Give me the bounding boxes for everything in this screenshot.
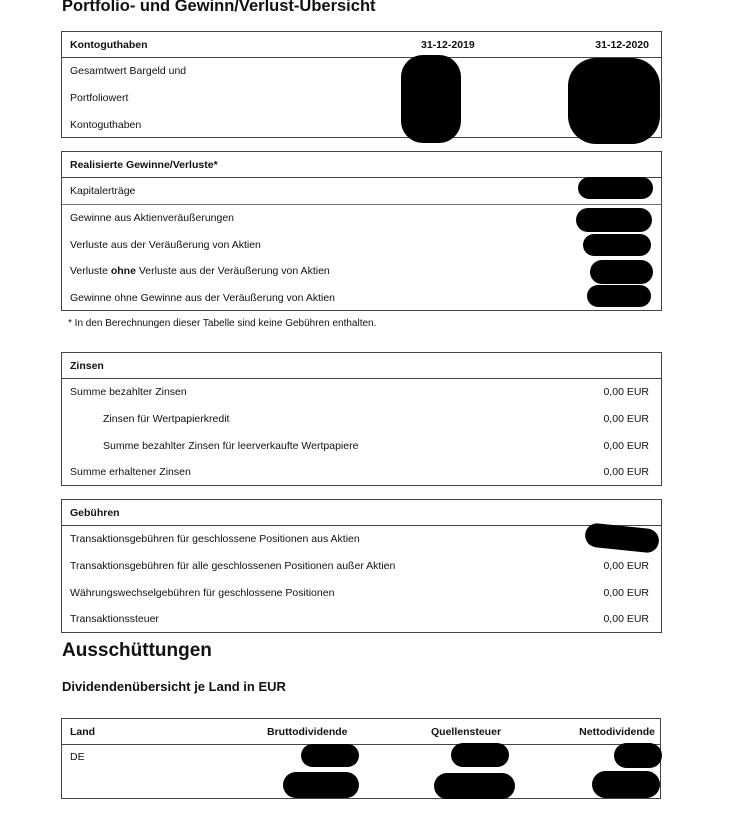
table-row: Kapitalerträge [62, 178, 661, 205]
table-header: Land Bruttodividende Quellensteuer Netto… [62, 719, 660, 745]
row-value: 0,00 EUR [603, 613, 649, 625]
row-label: Gewinne aus Aktienveräußerungen [70, 212, 234, 224]
realisierte-table: Realisierte Gewinne/Verluste* Kapitalert… [61, 151, 662, 311]
header-label: Zinsen [70, 360, 104, 372]
row-label: Verluste aus der Veräußerung von Aktien [70, 239, 261, 251]
table-row: Zinsen für Wertpapierkredit0,00 EUR [62, 406, 661, 433]
row-label: Transaktionsgebühren für geschlossene Po… [70, 533, 360, 545]
redaction-mark [583, 234, 651, 256]
row-value: 0,00 EUR [603, 587, 649, 599]
redaction-mark [451, 743, 509, 767]
column-bruttodividende: Bruttodividende [267, 726, 348, 738]
redaction-mark [434, 773, 515, 799]
section-title: Ausschüttungen [62, 640, 212, 662]
zinsen-table: Zinsen Summe bezahlter Zinsen0,00 EUR Zi… [61, 352, 662, 486]
row-value: 0,00 EUR [603, 440, 649, 452]
row-value: 0,00 EUR [603, 466, 649, 478]
table-row: DE [62, 745, 660, 772]
column-nettodividende: Nettodividende [579, 726, 655, 738]
header-label: Realisierte Gewinne/Verluste* [70, 159, 218, 171]
label-part: Verluste [70, 265, 111, 277]
table-row: Verluste aus der Veräußerung von Aktien [62, 231, 661, 258]
table-header: Zinsen [62, 353, 661, 379]
table-header: Gebühren [62, 500, 661, 526]
column-2019: 31-12-2019 [421, 39, 475, 51]
row-label: Gesamtwert Bargeld und [70, 65, 186, 77]
row-label: Kapitalerträge [70, 185, 135, 197]
label-emphasis: ohne [111, 265, 136, 277]
redaction-mark [614, 743, 662, 768]
table-row: Summe erhaltener Zinsen0,00 EUR [62, 459, 661, 486]
table-row: Summe bezahlter Zinsen für leerverkaufte… [62, 432, 661, 459]
row-label: DE [70, 751, 85, 763]
header-label: Gebühren [70, 507, 120, 519]
redaction-mark [401, 55, 461, 143]
row-label: Transaktionssteuer [70, 613, 159, 625]
table-row: Währungswechselgebühren für geschlossene… [62, 579, 661, 606]
page-title: Portfolio- und Gewinn/Verlust-Übersicht [62, 0, 376, 16]
row-label: Kontoguthaben [70, 119, 141, 131]
column-2020: 31-12-2020 [595, 39, 649, 51]
row-label: Summe bezahlter Zinsen [70, 386, 187, 398]
section-subtitle: Dividendenübersicht je Land in EUR [62, 679, 286, 694]
row-label: Verluste ohne Verluste aus der Veräußeru… [70, 265, 330, 277]
redaction-mark [590, 260, 653, 284]
table-row: Verluste ohne Verluste aus der Veräußeru… [62, 258, 661, 285]
redaction-mark [587, 285, 651, 307]
column-quellensteuer: Quellensteuer [431, 726, 501, 738]
table-header: Realisierte Gewinne/Verluste* [62, 152, 661, 178]
redaction-mark [301, 744, 359, 767]
row-label: Summe erhaltener Zinsen [70, 466, 191, 478]
table-header: Kontoguthaben 31-12-2019 31-12-2020 [62, 32, 661, 58]
label-part: Verluste aus der Veräußerung von Aktien [136, 265, 330, 277]
row-label: Gewinne ohne Gewinne aus der Veräußerung… [70, 292, 335, 304]
row-label: Währungswechselgebühren für geschlossene… [70, 587, 334, 599]
table-row: Summe bezahlter Zinsen0,00 EUR [62, 379, 661, 406]
row-label: Portfoliowert [70, 92, 128, 104]
redaction-mark [576, 208, 652, 232]
row-label: Zinsen für Wertpapierkredit [103, 413, 229, 425]
footnote: * In den Berechnungen dieser Tabelle sin… [68, 318, 376, 329]
column-land: Land [70, 726, 95, 738]
row-label: Summe bezahlter Zinsen für leerverkaufte… [103, 440, 358, 452]
table-row: Transaktionsgebühren für geschlossene Po… [62, 526, 661, 553]
gebuehren-table: Gebühren Transaktionsgebühren für geschl… [61, 499, 662, 633]
redaction-mark [592, 771, 660, 798]
dividend-table: Land Bruttodividende Quellensteuer Netto… [61, 718, 661, 799]
redaction-mark [578, 177, 653, 199]
table-row: Gewinne ohne Gewinne aus der Veräußerung… [62, 285, 661, 312]
header-label: Kontoguthaben [70, 39, 148, 51]
row-value: 0,00 EUR [603, 386, 649, 398]
table-row: Transaktionssteuer0,00 EUR [62, 606, 661, 633]
row-value: 0,00 EUR [603, 560, 649, 572]
row-label: Transaktionsgebühren für alle geschlosse… [70, 560, 395, 572]
redaction-mark [568, 58, 660, 144]
row-value: 0,00 EUR [603, 413, 649, 425]
table-row: Gewinne aus Aktienveräußerungen [62, 205, 661, 232]
redaction-mark [283, 772, 359, 798]
table-row: Transaktionsgebühren für alle geschlosse… [62, 553, 661, 580]
